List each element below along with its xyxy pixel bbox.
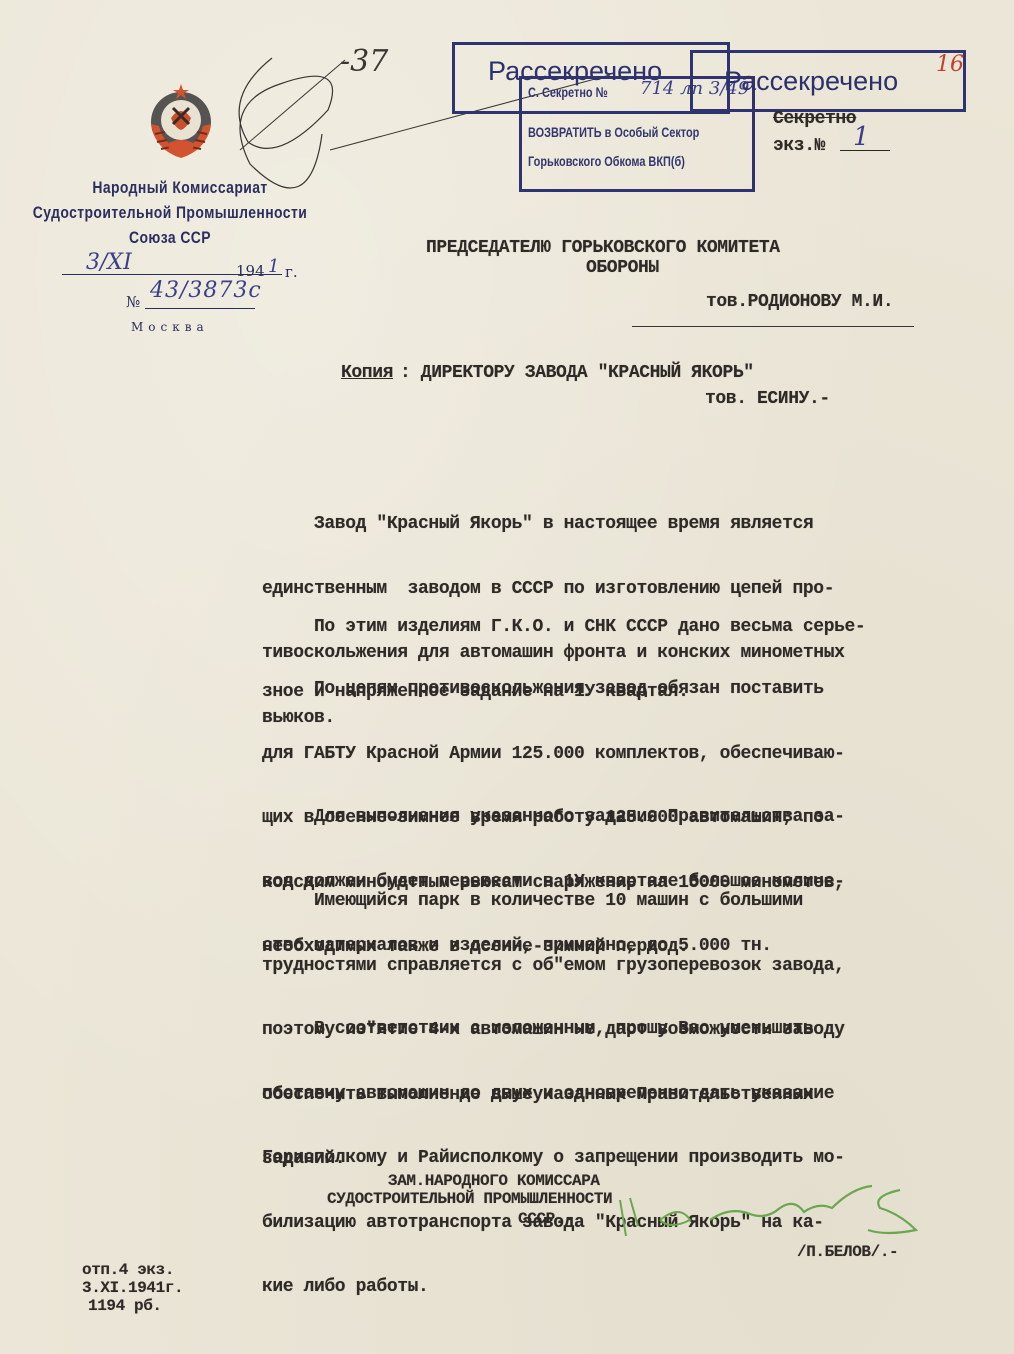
- body-line: для ГАБТУ Красной Армии 125.000 комплект…: [262, 744, 845, 766]
- ussr-coat-of-arms-icon: [135, 78, 227, 170]
- addressee-line-1: ПРЕДСЕДАТЕЛЮ ГОРЬКОВСКОГО КОМИТЕТА: [426, 238, 780, 258]
- body-line: По цепям противоскольжения завод обязан …: [262, 679, 845, 701]
- reference-number-handwritten: 43/3873с: [150, 278, 262, 303]
- return-stamp-line-3: Горьковского Обкома ВКП(б): [528, 153, 685, 169]
- footer-date: 3.XI.1941г.: [82, 1280, 183, 1297]
- letterhead-line-1: Народный Комиссариат: [32, 178, 327, 198]
- copy-number-handwritten: 1: [853, 122, 870, 152]
- addressee-rule: [632, 326, 914, 327]
- red-pencil-number: 16: [936, 52, 964, 77]
- addressee-line-2: ОБОРОНЫ: [586, 258, 659, 278]
- declassified-stamp-2-text: Рассекречено: [724, 66, 898, 97]
- signatory-title-line-3: СССР.-: [518, 1210, 573, 1228]
- copy-recipient: : ДИРЕКТОРУ ЗАВОДА "КРАСНЫЙ ЯКОРЬ": [400, 363, 754, 383]
- body-line: Горисполкому и Райисполкому о запрещении…: [262, 1148, 845, 1170]
- year-suffix: г.: [285, 263, 298, 281]
- addressee-name: тов.РОДИОНОВУ М.И.: [706, 292, 893, 312]
- signatory-title-line-1: ЗАМ.НАРОДНОГО КОМИССАРА: [388, 1172, 600, 1190]
- return-stamp-line-2: ВОЗВРАТИТЬ в Особый Сектор: [528, 124, 699, 140]
- body-line: Для выполнения указанного задания Правит…: [262, 807, 845, 829]
- return-stamp-line-1: С. Секретно №: [528, 84, 608, 100]
- pencil-number: -37: [340, 44, 388, 79]
- secret-label: Секретно: [773, 109, 856, 129]
- number-sign: №: [126, 293, 140, 311]
- copy-label: Копия: [341, 363, 393, 383]
- letterhead-line-3: Союза ССР: [22, 228, 317, 248]
- signatory-name: /П.БЕЛОВ/.-: [797, 1243, 898, 1261]
- date-handwritten: 3/XI: [86, 250, 132, 275]
- body-line: Завод "Красный Якорь" в настоящее время …: [262, 514, 845, 536]
- copy-number-label: экз.№: [773, 136, 825, 156]
- body-line: Имеющийся парк в количестве 10 машин с б…: [262, 891, 845, 913]
- body-line: кие либо работы.: [262, 1277, 845, 1299]
- footer-typist-ref: 1194 рб.: [88, 1298, 162, 1315]
- letterhead-line-2: Судостроительной Промышленности: [22, 203, 317, 223]
- copy-recipient-name: тов. ЕСИНУ.-: [705, 389, 830, 409]
- body-line: В соответствии с изложенным, прошу Вас у…: [262, 1019, 845, 1041]
- year-handwritten: 1: [268, 256, 279, 277]
- signatory-title-line-2: СУДОСТРОИТЕЛЬНОЙ ПРОМЫШЛЕННОСТИ: [327, 1190, 612, 1208]
- footer-copies: отп.4 экз.: [82, 1262, 174, 1279]
- body-line: трудностями справляется с об"емом грузоп…: [262, 956, 845, 978]
- body-line: поставку автомашин до двух и одновременн…: [262, 1084, 845, 1106]
- body-paragraph-6: В соответствии с изложенным, прошу Вас у…: [262, 976, 845, 1320]
- city: Москва: [131, 320, 209, 334]
